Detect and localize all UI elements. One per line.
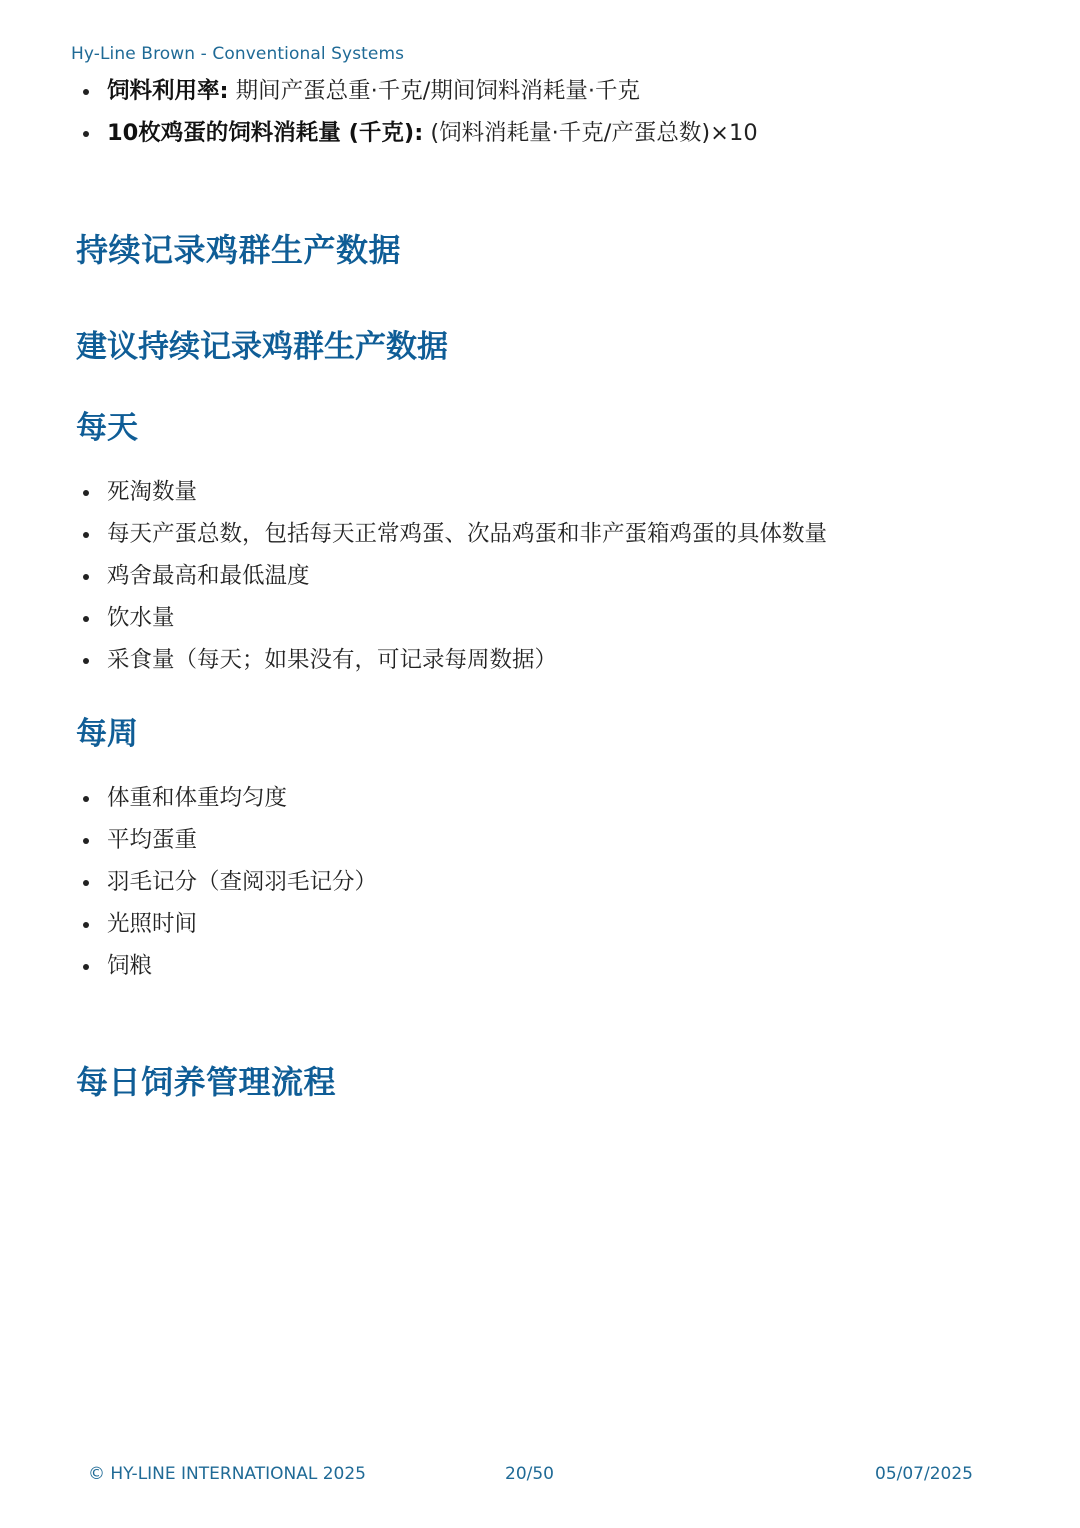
section-subtitle: 建议持续记录鸡群生产数据 xyxy=(76,327,448,367)
bullet-icon xyxy=(83,796,89,802)
daily-heading: 每天 xyxy=(76,408,138,448)
bullet-icon xyxy=(83,574,89,580)
list-item: 鸡舍最高和最低温度 xyxy=(80,555,827,597)
weekly-list: 体重和体重均匀度 平均蛋重 羽毛记分（查阅羽毛记分） 光照时间 饲粮 xyxy=(80,777,377,987)
formula-text: (饲料消耗量·千克/产蛋总数)×10 xyxy=(423,120,757,146)
footer-page-number: 20/50 xyxy=(505,1464,554,1484)
list-item-text: 鸡舍最高和最低温度 xyxy=(107,563,310,589)
list-item-text: 光照时间 xyxy=(107,911,197,937)
bullet-icon xyxy=(83,880,89,886)
bullet-icon xyxy=(83,131,89,137)
running-header: Hy-Line Brown - Conventional Systems xyxy=(71,44,404,64)
list-item-text: 每天产蛋总数，包括每天正常鸡蛋、次品鸡蛋和非产蛋箱鸡蛋的具体数量 xyxy=(107,521,827,547)
bullet-icon xyxy=(83,490,89,496)
list-item-text: 体重和体重均匀度 xyxy=(107,785,287,811)
list-item: 每天产蛋总数，包括每天正常鸡蛋、次品鸡蛋和非产蛋箱鸡蛋的具体数量 xyxy=(80,513,827,555)
list-item: 饮水量 xyxy=(80,597,827,639)
formula-list: 饲料利用率: 期间产蛋总重·千克/期间饲料消耗量·千克 10枚鸡蛋的饲料消耗量 … xyxy=(80,70,758,154)
footer-copyright: © HY-LINE INTERNATIONAL 2025 xyxy=(88,1464,366,1484)
formula-text: 期间产蛋总重·千克/期间饲料消耗量·千克 xyxy=(229,78,641,104)
section-title: 每日饲养管理流程 xyxy=(76,1062,336,1102)
list-item-text: 羽毛记分（查阅羽毛记分） xyxy=(107,869,377,895)
list-item-text: 死淘数量 xyxy=(107,479,197,505)
list-item: 10枚鸡蛋的饲料消耗量 (千克): (饲料消耗量·千克/产蛋总数)×10 xyxy=(80,112,758,154)
list-item: 体重和体重均匀度 xyxy=(80,777,377,819)
list-item: 羽毛记分（查阅羽毛记分） xyxy=(80,861,377,903)
list-item: 平均蛋重 xyxy=(80,819,377,861)
bullet-icon xyxy=(83,964,89,970)
formula-label: 10枚鸡蛋的饲料消耗量 (千克): xyxy=(107,120,423,146)
list-item-text: 采食量（每天；如果没有，可记录每周数据） xyxy=(107,647,557,673)
weekly-heading: 每周 xyxy=(76,714,138,754)
bullet-icon xyxy=(83,616,89,622)
footer-date: 05/07/2025 xyxy=(875,1464,973,1484)
daily-list: 死淘数量 每天产蛋总数，包括每天正常鸡蛋、次品鸡蛋和非产蛋箱鸡蛋的具体数量 鸡舍… xyxy=(80,471,827,681)
bullet-icon xyxy=(83,89,89,95)
list-item-text: 饮水量 xyxy=(107,605,175,631)
list-item: 饲料利用率: 期间产蛋总重·千克/期间饲料消耗量·千克 xyxy=(80,70,758,112)
bullet-icon xyxy=(83,838,89,844)
list-item-text: 平均蛋重 xyxy=(107,827,197,853)
section-title: 持续记录鸡群生产数据 xyxy=(76,230,401,270)
formula-label: 饲料利用率: xyxy=(107,78,229,104)
list-item: 光照时间 xyxy=(80,903,377,945)
list-item-text: 饲粮 xyxy=(107,953,152,979)
list-item: 饲粮 xyxy=(80,945,377,987)
bullet-icon xyxy=(83,532,89,538)
list-item: 死淘数量 xyxy=(80,471,827,513)
bullet-icon xyxy=(83,658,89,664)
bullet-icon xyxy=(83,922,89,928)
list-item: 采食量（每天；如果没有，可记录每周数据） xyxy=(80,639,827,681)
